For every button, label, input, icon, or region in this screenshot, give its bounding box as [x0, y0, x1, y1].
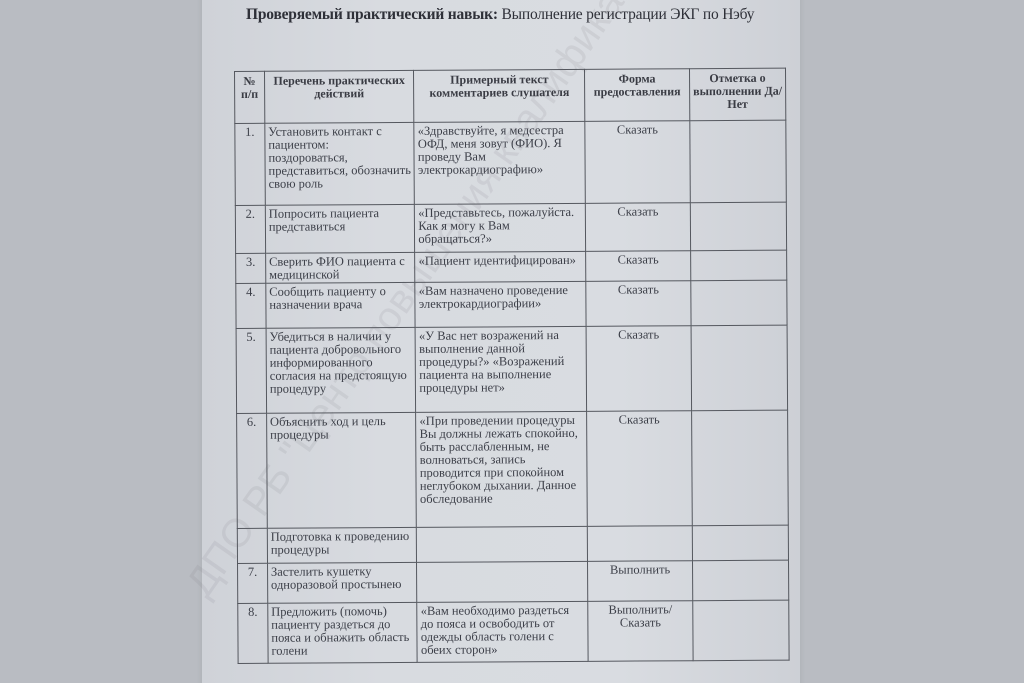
- form-cell: Сказать: [586, 326, 691, 412]
- comment-cell-text: «Вам назначено проведение электрокардиог…: [419, 284, 583, 311]
- table-row: 7.Застелить кушетку одноразовой простыне…: [238, 560, 789, 603]
- mark-cell[interactable]: [690, 250, 786, 281]
- action-cell-text: Застелить кушетку одноразовой простынею: [271, 565, 414, 592]
- form-cell-text: Выполнить: [591, 563, 689, 577]
- mark-cell[interactable]: [691, 280, 787, 326]
- form-cell-text: Выполнить/ Сказать: [591, 603, 689, 630]
- form-cell-text: Сказать: [589, 253, 687, 267]
- row-number-text: 6.: [240, 416, 263, 429]
- row-number: 8.: [238, 603, 268, 663]
- action-cell: Установить контакт с пациентом: поздоров…: [265, 122, 415, 205]
- mark-cell[interactable]: [692, 560, 788, 601]
- mark-cell[interactable]: [691, 325, 788, 411]
- table-row: 1.Установить контакт с пациентом: поздор…: [235, 120, 786, 205]
- row-number: 6.: [237, 413, 268, 528]
- action-cell-text: Убедиться в наличии у пациента доброволь…: [269, 330, 412, 396]
- row-number: 4.: [236, 283, 266, 328]
- header-number: № п/п: [235, 71, 265, 123]
- row-number: 2.: [235, 205, 265, 253]
- mark-cell-text: [696, 603, 785, 604]
- mark-cell-text: [694, 328, 783, 329]
- title-label: Проверяемый практический навык:: [246, 6, 498, 23]
- form-cell: Сказать: [587, 411, 692, 527]
- row-number: [237, 528, 267, 563]
- comment-cell: «Вам назначено проведение электрокардиог…: [415, 281, 586, 327]
- table-row: 5.Убедиться в наличии у пациента доброво…: [236, 325, 788, 413]
- form-cell-text: Сказать: [590, 328, 688, 342]
- form-cell: Выполнить/ Сказать: [588, 601, 693, 662]
- comment-cell-text: [420, 564, 584, 565]
- row-number: 3.: [236, 253, 266, 283]
- form-cell-text: Сказать: [589, 205, 687, 219]
- action-cell: Попросить пациента представиться: [265, 204, 415, 253]
- mark-cell-text: [694, 205, 783, 206]
- page-title: Проверяемый практический навык: Выполнен…: [246, 6, 754, 24]
- row-number-text: 5.: [240, 331, 263, 344]
- comment-cell-text: «Вам необходимо раздеться до пояса и осв…: [421, 604, 585, 657]
- comment-cell-text: «Пациент идентифицирован»: [419, 254, 583, 268]
- mark-cell[interactable]: [690, 120, 787, 203]
- form-cell-text: Сказать: [589, 123, 687, 137]
- table-row: 2.Попросить пациента представиться«Предс…: [235, 202, 786, 253]
- table-header-row: № п/п Перечень практических действий При…: [235, 68, 786, 123]
- comment-cell: «Представьтесь, пожалуйста. Как я могу к…: [415, 203, 586, 252]
- row-number-text: 2.: [239, 208, 262, 221]
- action-cell: Предложить (помочь) пациенту раздеться д…: [268, 602, 418, 663]
- title-skill: Выполнение регистрации ЭКГ по Нэбу: [498, 6, 754, 23]
- action-cell: Сверить ФИО пациента с медицинской докум…: [266, 252, 416, 283]
- action-cell-text: Сообщить пациенту о назначении врача: [269, 285, 412, 312]
- action-cell-text: Установить контакт с пациентом: поздоров…: [268, 125, 411, 191]
- table-row: Подготовка к проведению процедуры: [237, 525, 788, 563]
- comment-cell-text: «Здравствуйте, я медсестра ОФД, меня зов…: [418, 124, 582, 177]
- form-cell-text: [591, 528, 689, 529]
- row-number: 7.: [238, 563, 268, 603]
- comment-cell-text: «У Вас нет возражений на выполнение данн…: [419, 329, 583, 395]
- row-number-text: 7.: [241, 566, 264, 579]
- checklist-table: № п/п Перечень практических действий При…: [234, 68, 790, 664]
- action-cell: Убедиться в наличии у пациента доброволь…: [266, 327, 416, 413]
- action-cell: Застелить кушетку одноразовой простынею: [267, 562, 417, 603]
- comment-cell: «Пациент идентифицирован»: [415, 251, 586, 282]
- header-mark: Отметка о выполнении Да/Нет: [689, 68, 785, 121]
- comment-cell: «Вам необходимо раздеться до пояса и осв…: [417, 601, 588, 662]
- form-cell: Сказать: [586, 203, 691, 252]
- header-form: Форма предоставления: [585, 69, 690, 122]
- action-cell-text: Предложить (помочь) пациенту раздеться д…: [271, 605, 414, 658]
- comment-cell-text: «Представьтесь, пожалуйста. Как я могу к…: [418, 206, 582, 246]
- form-cell: Сказать: [586, 281, 691, 327]
- mark-cell-text: [693, 123, 782, 124]
- table-row: 6.Объяснить ход и цель процедуры«При про…: [237, 410, 789, 528]
- row-number-text: 3.: [239, 256, 262, 269]
- table-row: 8.Предложить (помочь) пациенту раздеться…: [238, 600, 789, 663]
- mark-cell[interactable]: [692, 525, 788, 561]
- row-number-text: 8.: [241, 606, 264, 619]
- row-number: 1.: [235, 123, 265, 205]
- mark-cell[interactable]: [690, 202, 786, 251]
- mark-cell[interactable]: [691, 410, 788, 526]
- comment-cell: «Здравствуйте, я медсестра ОФД, меня зов…: [414, 121, 585, 204]
- table-row: 3.Сверить ФИО пациента с медицинской док…: [236, 250, 787, 283]
- mark-cell-text: [696, 528, 785, 529]
- form-cell: Сказать: [586, 251, 691, 282]
- form-cell: Выполнить: [588, 561, 693, 602]
- comment-cell-text: «При проведении процедуры Вы должны лежа…: [419, 414, 583, 506]
- comment-cell: [417, 526, 588, 562]
- mark-cell[interactable]: [693, 600, 790, 661]
- header-actions: Перечень практических действий: [264, 70, 414, 123]
- table-row: 4.Сообщить пациенту о назначении врача«В…: [236, 280, 787, 328]
- row-number-text: 4.: [239, 286, 262, 299]
- mark-cell-text: [694, 283, 783, 284]
- form-cell: Сказать: [585, 121, 690, 204]
- comment-cell: «У Вас нет возражений на выполнение данн…: [415, 326, 586, 412]
- action-cell-text: Сверить ФИО пациента с медицинской докум…: [269, 255, 412, 281]
- comment-cell: «При проведении процедуры Вы должны лежа…: [416, 411, 588, 527]
- form-cell-text: Сказать: [590, 283, 688, 297]
- mark-cell-text: [694, 253, 783, 254]
- form-cell-text: Сказать: [590, 413, 688, 427]
- action-cell: Объяснить ход и цель процедуры: [266, 412, 416, 528]
- row-number-text: 1.: [238, 126, 261, 139]
- comment-cell-text: [420, 529, 584, 530]
- action-cell: Сообщить пациенту о назначении врача: [266, 282, 416, 328]
- row-number: 5.: [236, 328, 266, 413]
- form-cell: [588, 526, 693, 562]
- mark-cell-text: [696, 563, 785, 564]
- action-cell-text: Попросить пациента представиться: [269, 207, 412, 234]
- action-cell-text: Подготовка к проведению процедуры: [271, 530, 414, 557]
- action-cell: Подготовка к проведению процедуры: [267, 527, 417, 563]
- header-comments: Примерный текст комментариев слушателя: [414, 69, 585, 122]
- action-cell-text: Объяснить ход и цель процедуры: [270, 415, 413, 442]
- comment-cell: [417, 561, 588, 602]
- mark-cell-text: [695, 413, 784, 414]
